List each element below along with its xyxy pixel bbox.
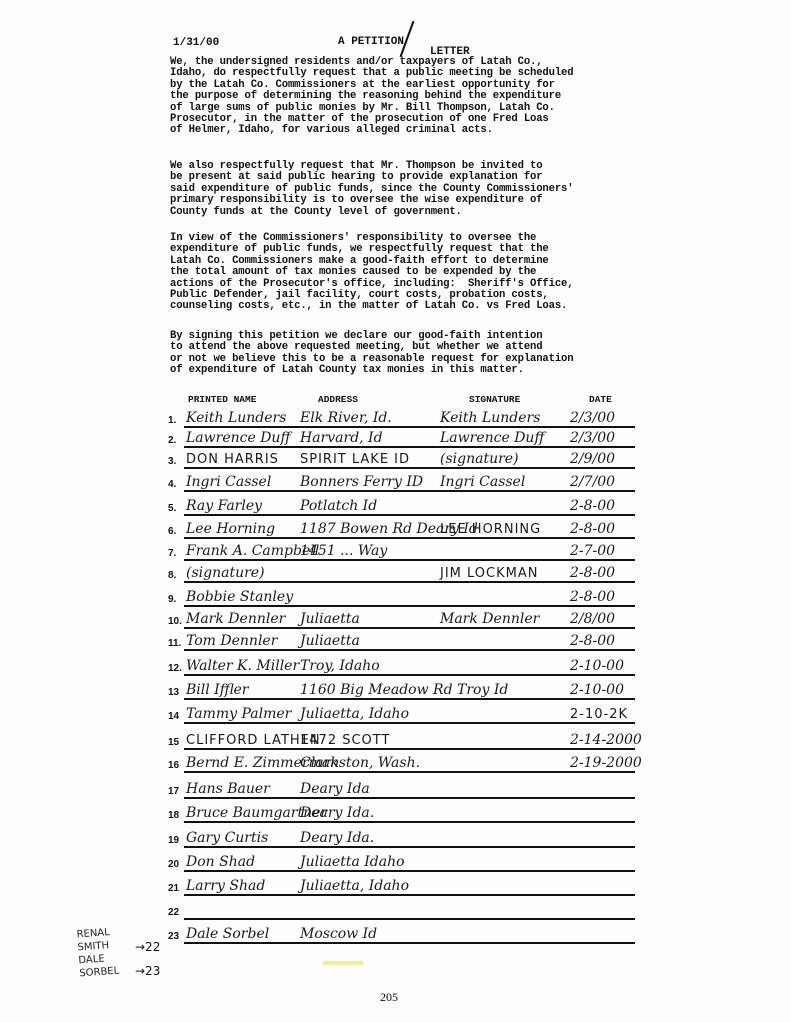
- row-number: 17: [168, 786, 179, 797]
- row-name: Hans Bauer: [186, 781, 270, 797]
- table-row: 12.Walter K. MillerTroy, Idaho2-10-00: [170, 656, 635, 676]
- signature-line: [184, 605, 635, 607]
- row-date: 2-10-00: [570, 682, 624, 698]
- row-name: Ingri Cassel: [186, 474, 271, 490]
- margin-note: RENAL SMITH DALE SORBEL: [76, 926, 119, 981]
- margin-arrow: →22: [135, 940, 160, 954]
- row-signature: Lawrence Duff: [440, 430, 544, 446]
- row-date: 2-8-00: [570, 521, 615, 537]
- title-petition: A PETITION: [338, 36, 404, 48]
- paragraph-expenditure: In view of the Commissioners' responsibi…: [170, 233, 640, 313]
- signature-line: [184, 649, 635, 651]
- row-address: Deary Ida.: [300, 805, 374, 821]
- row-address: Harvard, Id: [300, 430, 383, 446]
- table-row: 10.Mark DennlerJuliaettaMark Dennler2/8/…: [170, 609, 635, 629]
- row-number: 18: [168, 810, 179, 821]
- row-number: 19: [168, 835, 179, 846]
- table-row: 15CLIFFORD LATHEN1472 SCOTT2-14-2000: [170, 730, 635, 750]
- table-row: 2.Lawrence DuffHarvard, IdLawrence Duff2…: [170, 428, 635, 448]
- row-number: 7.: [168, 548, 176, 559]
- row-name: Bill Iffler: [186, 682, 248, 698]
- row-number: 1.: [168, 415, 176, 426]
- row-date: 2-7-00: [570, 543, 615, 559]
- row-address: Elk River, Id.: [300, 410, 392, 426]
- row-signature: Ingri Cassel: [440, 474, 525, 490]
- row-date: 2/7/00: [570, 474, 615, 490]
- row-number: 4.: [168, 479, 176, 490]
- highlight-mark: [323, 961, 363, 965]
- row-address: Juliaetta Idaho: [300, 854, 405, 870]
- row-number: 22: [168, 907, 179, 918]
- row-date: 2-10-00: [570, 658, 624, 674]
- table-row: 4.Ingri CasselBonners Ferry IDIngri Cass…: [170, 472, 635, 492]
- row-name: Don Shad: [186, 854, 255, 870]
- row-name: Walter K. Miller: [186, 658, 299, 674]
- row-date: 2/9/00: [570, 451, 615, 467]
- row-name: (signature): [186, 565, 265, 581]
- table-row: 1.Keith LundersElk River, Id.Keith Lunde…: [170, 408, 635, 428]
- paragraph-declaration: By signing this petition we declare our …: [170, 331, 640, 377]
- row-name: Tom Dennler: [186, 633, 277, 649]
- signature-line: [184, 722, 635, 724]
- row-date: 2-8-00: [570, 565, 615, 581]
- signature-line: [184, 870, 635, 872]
- row-date: 2/3/00: [570, 410, 615, 426]
- signature-line: [184, 918, 635, 920]
- table-row: 11.Tom DennlerJuliaetta2-8-00: [170, 631, 635, 651]
- row-number: 9.: [168, 594, 176, 605]
- row-name: Gary Curtis: [186, 830, 268, 846]
- document-date: 1/31/00: [173, 37, 219, 49]
- row-date: 2-14-2000: [570, 732, 642, 748]
- row-signature: (signature): [440, 451, 519, 467]
- page-number: 205: [380, 990, 398, 1005]
- signature-line: [184, 514, 635, 516]
- row-number: 13: [168, 687, 179, 698]
- row-address: 1472 SCOTT: [300, 733, 390, 748]
- petition-page: 1/31/00 A PETITION LETTER We, the unders…: [0, 0, 791, 1023]
- row-date: 2-8-00: [570, 633, 615, 649]
- row-name: Lee Horning: [186, 521, 275, 537]
- margin-arrow: →23: [135, 964, 160, 978]
- paragraph-invite-thompson: We also respectfully request that Mr. Th…: [170, 161, 640, 218]
- row-signature: Keith Lunders: [440, 410, 540, 426]
- table-row: 19Gary CurtisDeary Ida.: [170, 828, 635, 848]
- column-header-address: ADDRESS: [318, 394, 358, 405]
- row-number: 5.: [168, 503, 176, 514]
- row-address: Juliaetta: [300, 611, 360, 627]
- row-name: Bobbie Stanley: [186, 589, 293, 605]
- table-row: 6.Lee Horning1187 Bowen Rd Deary IdLEE H…: [170, 519, 635, 539]
- row-address: Juliaetta, Idaho: [300, 878, 409, 894]
- row-signature: JIM LOCKMAN: [440, 566, 538, 581]
- row-number: 23: [168, 931, 179, 942]
- table-row: 16Bernd E. ZimmermanClarkston, Wash.2-19…: [170, 753, 635, 773]
- row-date: 2-8-00: [570, 589, 615, 605]
- row-address: Juliaetta, Idaho: [300, 706, 409, 722]
- column-header-name: PRINTED NAME: [188, 394, 256, 405]
- row-number: 3.: [168, 456, 176, 467]
- table-row: 21Larry ShadJuliaetta, Idaho: [170, 876, 635, 896]
- row-number: 11.: [168, 638, 181, 649]
- table-row: 17Hans BauerDeary Ida: [170, 779, 635, 799]
- row-address: 1451 ... Way: [300, 543, 387, 559]
- row-number: 2.: [168, 435, 176, 446]
- signature-line: [184, 581, 635, 583]
- row-name: DON HARRIS: [186, 452, 279, 467]
- table-row: 3.DON HARRISSPIRIT LAKE ID(signature)2/9…: [170, 449, 635, 469]
- row-address: 1160 Big Meadow Rd Troy Id: [300, 682, 508, 698]
- table-row: 22: [170, 900, 635, 920]
- row-number: 10.: [168, 616, 182, 627]
- row-date: 2-19-2000: [570, 755, 642, 771]
- signature-line: [184, 674, 635, 676]
- row-address: Deary Ida: [300, 781, 370, 797]
- signature-line: [184, 446, 635, 448]
- row-name: Mark Dennler: [186, 611, 285, 627]
- table-row: 20Don ShadJuliaetta Idaho: [170, 852, 635, 872]
- row-date: 2-10-2K: [570, 707, 628, 722]
- row-address: Troy, Idaho: [300, 658, 380, 674]
- row-address: SPIRIT LAKE ID: [300, 452, 410, 467]
- row-address: Juliaetta: [300, 633, 360, 649]
- signature-line: [184, 559, 635, 561]
- row-signature: LEE HORNING: [440, 522, 541, 537]
- row-address: Deary Ida.: [300, 830, 374, 846]
- signature-line: [184, 942, 635, 944]
- row-address: Bonners Ferry ID: [300, 474, 423, 490]
- row-name: Dale Sorbel: [186, 926, 269, 942]
- signature-line: [184, 821, 635, 823]
- signature-line: [184, 537, 635, 539]
- row-number: 12.: [168, 663, 182, 674]
- row-name: Lawrence Duff: [186, 430, 290, 446]
- row-number: 15: [168, 737, 179, 748]
- row-name: Keith Lunders: [186, 410, 286, 426]
- table-row: 5.Ray FarleyPotlatch Id2-8-00: [170, 496, 635, 516]
- table-row: 18Bruce BaumgartnerDeary Ida.: [170, 803, 635, 823]
- row-name: Ray Farley: [186, 498, 262, 514]
- table-row: 9.Bobbie Stanley2-8-00: [170, 587, 635, 607]
- row-date: 2/8/00: [570, 611, 615, 627]
- signature-line: [184, 894, 635, 896]
- row-number: 20: [168, 859, 179, 870]
- row-date: 2/3/00: [570, 430, 615, 446]
- signature-line: [184, 627, 635, 629]
- row-number: 14: [168, 711, 179, 722]
- paragraph-request-meeting: We, the undersigned residents and/or tax…: [170, 57, 640, 137]
- row-address: Moscow Id: [300, 926, 377, 942]
- signature-line: [184, 467, 635, 469]
- signature-line: [184, 797, 635, 799]
- row-number: 21: [168, 883, 179, 894]
- signature-line: [184, 771, 635, 773]
- row-date: 2-8-00: [570, 498, 615, 514]
- row-address: Potlatch Id: [300, 498, 377, 514]
- column-header-date: DATE: [589, 394, 612, 405]
- row-number: 16: [168, 760, 179, 771]
- signature-line: [184, 698, 635, 700]
- row-signature: Mark Dennler: [440, 611, 539, 627]
- row-address: Clarkston, Wash.: [300, 755, 420, 771]
- table-row: 8.(signature)JIM LOCKMAN2-8-00: [170, 563, 635, 583]
- table-row: 14Tammy PalmerJuliaetta, Idaho2-10-2K: [170, 704, 635, 724]
- column-header-signature: SIGNATURE: [469, 394, 520, 405]
- row-number: 6.: [168, 526, 176, 537]
- signature-line: [184, 748, 635, 750]
- signature-line: [184, 490, 635, 492]
- signature-line: [184, 846, 635, 848]
- table-row: 13Bill Iffler1160 Big Meadow Rd Troy Id2…: [170, 680, 635, 700]
- row-name: Tammy Palmer: [186, 706, 291, 722]
- row-name: Larry Shad: [186, 878, 265, 894]
- row-number: 8.: [168, 570, 176, 581]
- table-row: 23Dale SorbelMoscow Id: [170, 924, 635, 944]
- table-row: 7.Frank A. Campbell1451 ... Way2-7-00: [170, 541, 635, 561]
